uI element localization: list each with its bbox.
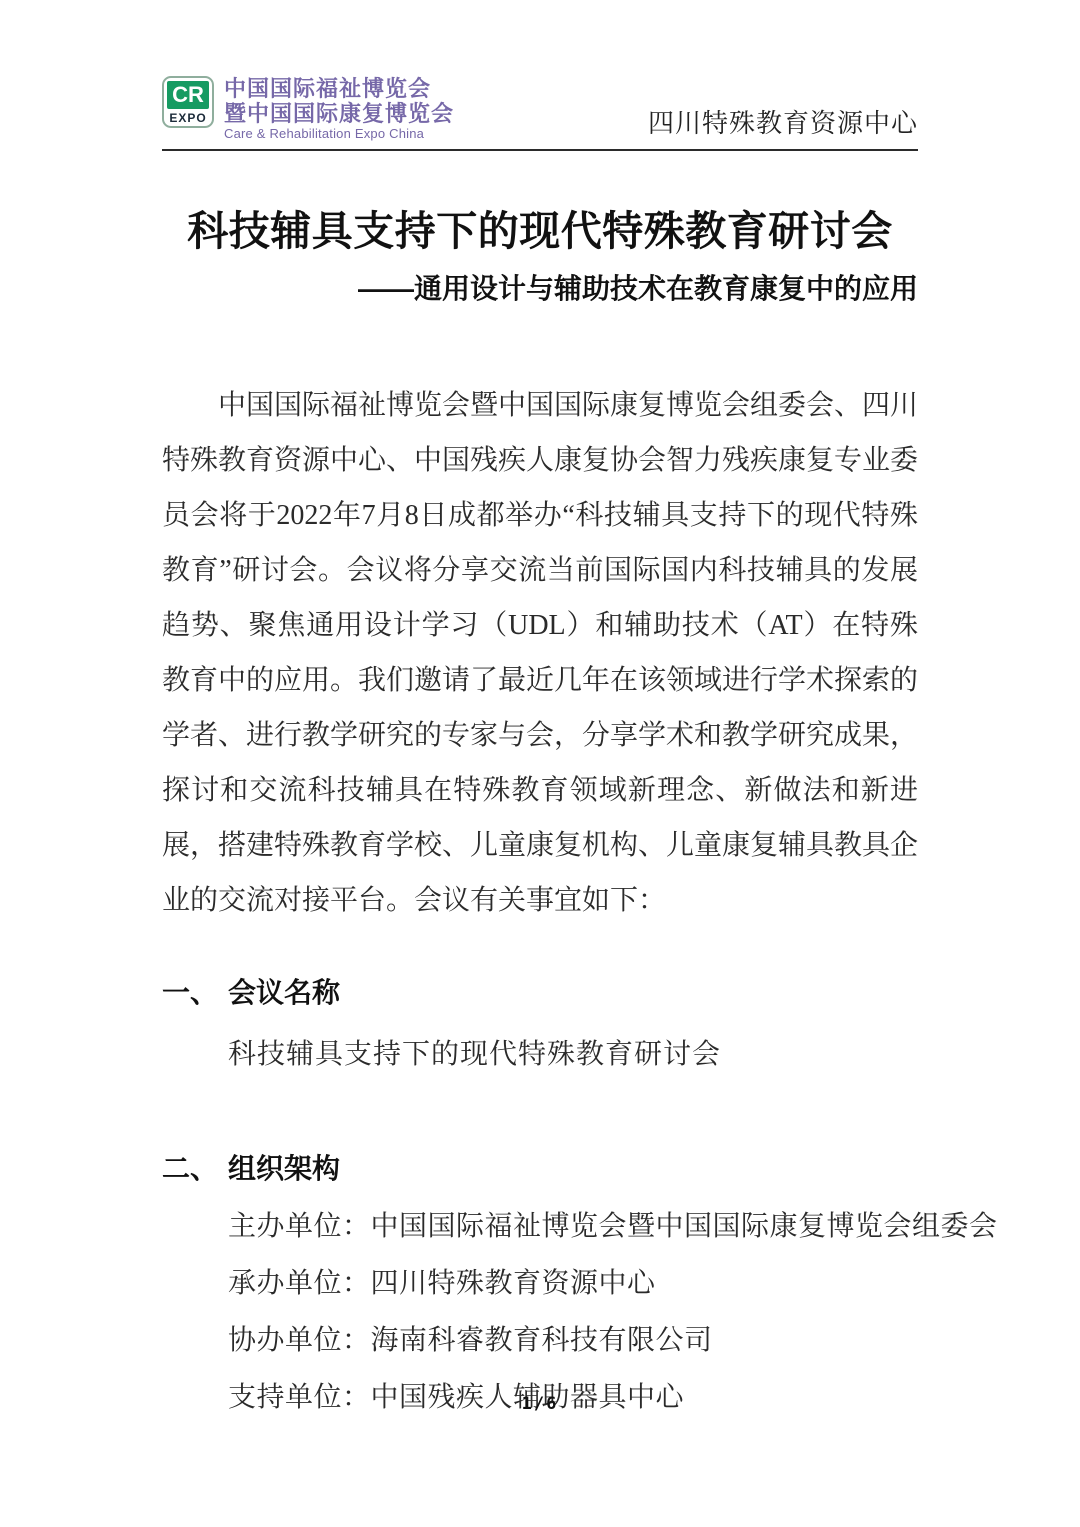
intro-paragraph: 中国国际福祉博览会暨中国国际康复博览会组委会、四川特殊教育资源中心、中国残疾人康… [162,378,918,928]
section-2-number: 二、 [162,1152,228,1186]
page-footer: 1/6 [0,1394,1080,1414]
organization-list: 主办单位：中国国际福祉博览会暨中国国际康复博览会组委会 承办单位：四川特殊教育资… [162,1210,918,1414]
document-subtitle: ——通用设计与辅助技术在教育康复中的应用 [162,272,918,306]
brand-name-cn-line2: 暨中国国际康复博览会 [224,101,454,126]
cr-expo-logo-icon: CR EXPO [162,76,214,128]
section-1-heading: 一、 会议名称 [162,976,918,1010]
org-item-organizer: 承办单位：四川特殊教育资源中心 [162,1267,918,1300]
document-title: 科技辅具支持下的现代特殊教育研讨会 [162,207,918,255]
document-page: CR EXPO 中国国际福祉博览会 暨中国国际康复博览会 Care & Reha… [0,0,1080,1527]
org-item-host: 主办单位：中国国际福祉博览会暨中国国际康复博览会组委会 [162,1210,918,1243]
header-divider [162,149,918,151]
expo-brand: CR EXPO 中国国际福祉博览会 暨中国国际康复博览会 Care & Reha… [162,76,454,141]
brand-name-cn-line1: 中国国际福祉博览会 [224,76,454,101]
document-header: CR EXPO 中国国际福祉博览会 暨中国国际康复博览会 Care & Reha… [162,0,918,141]
section-1-number: 一、 [162,976,228,1010]
section-2-heading: 二、 组织架构 [162,1152,918,1186]
org-item-coorganizer: 协办单位：海南科睿教育科技有限公司 [162,1324,918,1357]
section-2-title: 组织架构 [228,1152,340,1186]
brand-text: 中国国际福祉博览会 暨中国国际康复博览会 Care & Rehabilitati… [224,76,454,141]
logo-cr-text: CR [167,81,209,109]
logo-expo-text: EXPO [169,110,206,126]
header-org-name: 四川特殊教育资源中心 [648,109,918,141]
brand-name-en: Care & Rehabilitation Expo China [224,126,454,141]
section-1-title: 会议名称 [228,976,340,1010]
page-number: 1/6 [522,1394,559,1414]
section-1-content: 科技辅具支持下的现代特殊教育研讨会 [162,1038,918,1072]
